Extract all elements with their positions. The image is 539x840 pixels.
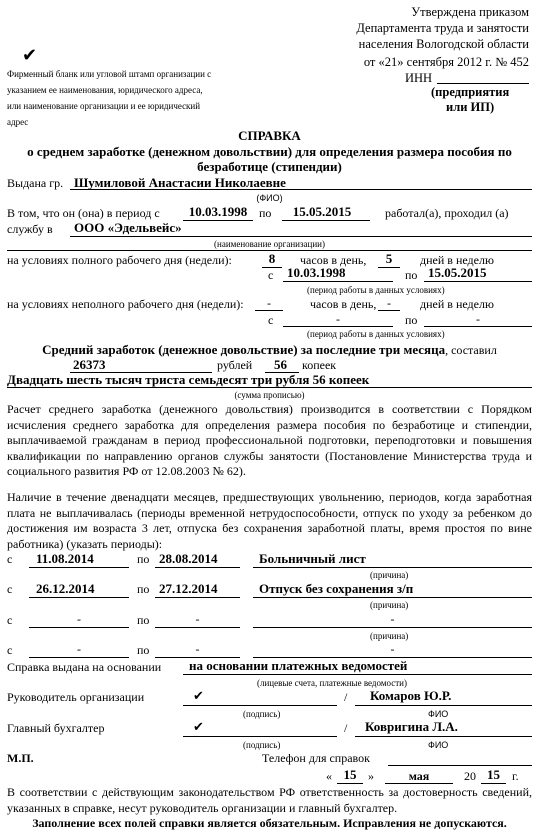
head-sign-hint: (подпись) xyxy=(243,710,280,719)
period4-from-field[interactable] xyxy=(29,657,129,658)
accountant-name-hint: ФИО xyxy=(428,741,448,750)
accountant-label: Главный бухгалтер xyxy=(7,722,104,734)
full-to-value: 15.05.2015 xyxy=(428,266,487,279)
doc-subtitle-1: о среднем заработке (денежном довольстви… xyxy=(0,145,539,158)
basis-hint: (лицевые счета, платежные ведомости) xyxy=(257,679,407,688)
part-days-value: - xyxy=(378,297,400,309)
date-close-quote: » xyxy=(368,770,374,782)
amount-words-hint: (сумма прописью) xyxy=(0,391,539,400)
period1-from-field[interactable] xyxy=(29,567,129,568)
order-line: от «21» сентября 2012 г. № 452 xyxy=(364,56,529,69)
name-hint: (ФИО) xyxy=(0,194,539,203)
period1-from-label: с xyxy=(7,553,12,565)
period3-reason-hint: (причина) xyxy=(370,632,408,641)
period1-reason-hint: (причина) xyxy=(370,571,408,580)
service-label: службу в xyxy=(7,223,53,235)
period3-reason-field[interactable] xyxy=(253,627,532,628)
full-time-label: на условиях полного рабочего дня (недели… xyxy=(7,254,232,266)
part-hours-field[interactable] xyxy=(255,310,283,311)
approved-line-2: Департамента труда и занятости xyxy=(356,22,529,35)
period3-reason-value: - xyxy=(253,613,532,625)
org-value: ООО «Эдельвейс» xyxy=(74,221,182,234)
doc-subtitle-2: безработице (стипендии) xyxy=(0,160,539,173)
period-to-field[interactable] xyxy=(282,220,370,221)
period2-reason-value: Отпуск без сохранения з/п xyxy=(259,582,413,595)
period1-reason-value: Больничный лист xyxy=(259,552,366,565)
period1-to-field[interactable] xyxy=(155,567,240,568)
full-period-hint: (период работы в данных условиях) xyxy=(307,286,445,295)
period-label: В том, что он (она) в период с xyxy=(7,207,160,219)
full-hours-value: 8 xyxy=(262,252,282,265)
part-to-label: по xyxy=(405,314,417,326)
period4-from-label: с xyxy=(7,644,12,656)
stamp-line-4: адрес xyxy=(7,118,28,127)
day-value: 15 xyxy=(337,768,363,781)
day-field[interactable] xyxy=(337,783,363,784)
full-from-field[interactable] xyxy=(283,281,393,282)
inn-label: ИНН xyxy=(405,72,432,85)
checkmark-icon: ✔ xyxy=(193,720,204,733)
period1-from-value: 11.08.2014 xyxy=(36,552,94,565)
period2-from-field[interactable] xyxy=(29,597,129,598)
head-signature-field[interactable] xyxy=(183,705,337,706)
doc-title: СПРАВКА xyxy=(0,129,539,142)
rubles-value: 26373 xyxy=(73,358,106,371)
slash: / xyxy=(344,691,347,703)
amount-words-value: Двадцать шесть тысяч триста семьдесят тр… xyxy=(7,373,369,386)
basis-label: Справка выдана на основании xyxy=(7,661,161,673)
part-days-label: дней в неделю xyxy=(420,298,494,310)
period3-from-field[interactable] xyxy=(29,627,129,628)
stamp-line-1: Фирменный бланк или угловой штамп органи… xyxy=(7,70,211,79)
rubles-label: рублей xyxy=(217,359,252,371)
slash: / xyxy=(344,722,347,734)
period-to-value: 15.05.2015 xyxy=(282,205,362,218)
period3-to-label: по xyxy=(137,614,149,626)
year-suffix: г. xyxy=(512,770,519,782)
period1-to-value: 28.08.2014 xyxy=(159,552,218,565)
part-from-field[interactable] xyxy=(283,326,393,327)
calc-note: Расчет среднего заработка (денежного дов… xyxy=(7,402,532,480)
inn-hint-2: или ИП) xyxy=(446,101,494,114)
name-value: Шумиловой Анастасии Николаевне xyxy=(74,176,286,189)
responsibility-note: В соответствии с действующим законодател… xyxy=(7,785,532,816)
period-from-field[interactable] xyxy=(183,220,253,221)
phone-label: Телефон для справок xyxy=(262,752,370,764)
period3-to-value: - xyxy=(155,613,240,625)
full-days-field[interactable] xyxy=(378,267,400,268)
basis-field[interactable] xyxy=(183,674,532,675)
period2-to-value: 27.12.2014 xyxy=(159,582,218,595)
period2-to-label: по xyxy=(137,583,149,595)
checkmark-icon: ✔ xyxy=(22,46,37,64)
salary-heading-tail: , составил xyxy=(445,343,497,357)
month-value: мая xyxy=(385,770,453,782)
part-time-label: на условиях неполного рабочего дня (неде… xyxy=(7,298,244,310)
year-prefix: 20 xyxy=(464,770,476,782)
month-field[interactable] xyxy=(385,783,453,784)
period3-to-field[interactable] xyxy=(155,627,240,628)
period4-to-label: по xyxy=(137,644,149,656)
kopecks-value: 56 xyxy=(274,358,287,371)
part-to-value: - xyxy=(424,313,532,325)
stamp-mark: М.П. xyxy=(7,752,34,764)
inn-hint-1: (предприятия xyxy=(431,86,509,99)
date-open-quote: « xyxy=(326,770,332,782)
part-hours-label: часов в день, xyxy=(310,298,376,310)
period2-reason-hint: (причина) xyxy=(370,601,408,610)
period2-from-label: с xyxy=(7,583,12,595)
stamp-line-3: или наименование организации и ее юридич… xyxy=(7,102,200,111)
year-value: 15 xyxy=(481,768,506,781)
period2-to-field[interactable] xyxy=(155,597,240,598)
accountant-sign-hint: (подпись) xyxy=(243,741,280,750)
period4-reason-value: - xyxy=(253,643,532,655)
period3-from-label: с xyxy=(7,614,12,626)
approved-line-3: населения Вологодской области xyxy=(359,38,529,51)
worked-label: работал(а), проходил (а) xyxy=(385,207,509,219)
part-period-hint: (период работы в данных условиях) xyxy=(307,330,445,339)
full-to-field[interactable] xyxy=(424,281,532,282)
full-days-value: 5 xyxy=(378,252,400,265)
period-to-label: по xyxy=(259,207,271,219)
period4-from-value: - xyxy=(29,643,129,655)
full-from-value: 10.03.1998 xyxy=(287,266,346,279)
head-name-value: Комаров Ю.Р. xyxy=(370,689,451,702)
kopecks-label: копеек xyxy=(302,359,336,371)
phone-field[interactable] xyxy=(388,765,532,766)
accountant-name-field[interactable] xyxy=(355,736,532,737)
period-from-value: 10.03.1998 xyxy=(183,205,253,218)
head-label: Руководитель организации xyxy=(7,691,144,703)
year-field[interactable] xyxy=(481,783,506,784)
stamp-line-2: указанием ее наименования, юридического … xyxy=(7,86,203,95)
part-from-label: с xyxy=(268,314,273,326)
head-name-hint: ФИО xyxy=(428,710,448,719)
period1-reason-field[interactable] xyxy=(253,567,532,568)
unpaid-note: Наличие в течение двенадцати месяцев, пр… xyxy=(7,490,532,552)
period1-to-label: по xyxy=(137,553,149,565)
org-hint: (наименование организации) xyxy=(0,240,539,249)
full-from-label: с xyxy=(268,269,273,281)
accountant-name-value: Ковригина Л.А. xyxy=(365,720,458,733)
inn-field[interactable] xyxy=(437,83,529,84)
part-from-value: - xyxy=(283,313,393,325)
period3-from-value: - xyxy=(29,613,129,625)
basis-value: на основании платежных ведомостей xyxy=(189,659,407,672)
amount-words-field[interactable] xyxy=(7,387,532,388)
period2-from-value: 26.12.2014 xyxy=(36,582,95,595)
issued-label: Выдана гр. xyxy=(7,177,63,189)
period4-to-value: - xyxy=(155,643,240,655)
part-days-field[interactable] xyxy=(378,310,400,311)
full-to-label: по xyxy=(405,269,417,281)
checkmark-icon: ✔ xyxy=(193,689,204,702)
part-hours-value: - xyxy=(255,297,283,309)
salary-heading-text: Средний заработок (денежное довольствие)… xyxy=(42,342,445,357)
accountant-signature-field[interactable] xyxy=(183,736,337,737)
salary-heading: Средний заработок (денежное довольствие)… xyxy=(0,343,539,356)
mandatory-note: Заполнение всех полей справки является о… xyxy=(0,817,539,829)
org-field[interactable] xyxy=(70,236,532,237)
approved-line-1: Утверждена приказом xyxy=(411,6,529,19)
period2-reason-field[interactable] xyxy=(253,597,532,598)
part-to-field[interactable] xyxy=(424,326,532,327)
head-name-field[interactable] xyxy=(355,705,532,706)
